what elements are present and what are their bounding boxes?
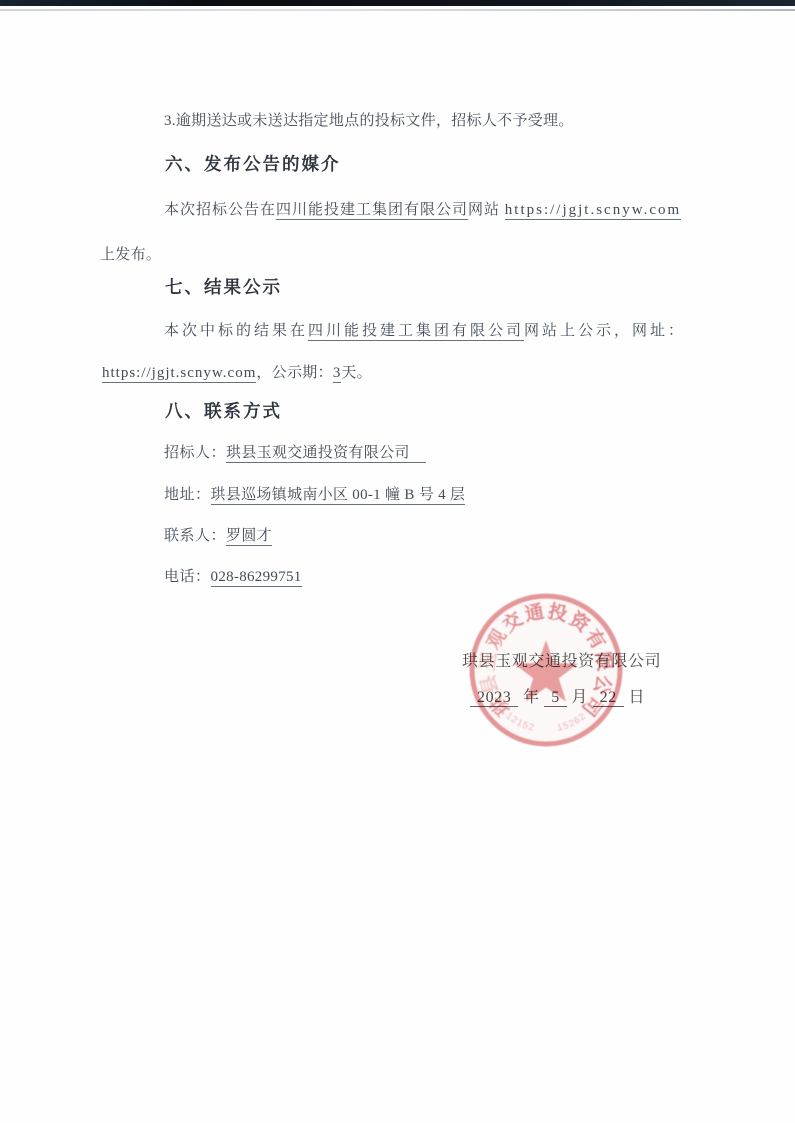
scan-artifact-edge-line [0, 9, 795, 11]
section-heading-contact-info: 八、联系方式 [165, 401, 282, 421]
contact-value-phone: 028-86299751 [211, 569, 302, 587]
section-heading-announcement-media: 六、发布公告的媒介 [165, 154, 341, 174]
paragraph-late-delivery-note: 3.逾期送达或未送达指定地点的投标文件，招标人不予受理。 [164, 111, 574, 131]
section-heading-result-publicity: 七、结果公示 [165, 277, 282, 297]
contact-label-phone: 电话： [164, 569, 211, 585]
seal-ring-char: 限 [591, 650, 616, 672]
company-seal-graphic: 珙县玉观交通投资有限公司1215215262 [451, 575, 641, 765]
contact-row-address: 地址：珙县巡场镇城南小区 00-1 幢 B 号 4 层 [164, 485, 465, 505]
contact-label-bidder: 招标人： [164, 445, 226, 461]
contact-label-contact-person: 联系人： [164, 528, 226, 544]
paragraph-result-website: 本次中标的结果在四川能投建工集团有限公司网站上公示，网址： [164, 321, 686, 341]
paragraph-announcement-website: 本次招标公告在四川能投建工集团有限公司网站 https://jgjt.scnyw… [164, 200, 681, 220]
contact-value-bidder: 珙县玉观交通投资有限公司 [226, 445, 426, 463]
contact-label-address: 地址： [164, 487, 211, 503]
paragraph-announcement-website-cont: 上发布。 [100, 245, 161, 265]
paragraph-result-website-cont: https://jgjt.scnyw.com，公示期：3天。 [102, 363, 372, 383]
seal-ring-char: 玉 [476, 650, 501, 672]
scan-artifact-top-bar [0, 0, 795, 6]
contact-value-address: 珙县巡场镇城南小区 00-1 幢 B 号 4 层 [211, 487, 466, 505]
contact-row-bidder: 招标人：珙县玉观交通投资有限公司 [164, 443, 426, 463]
company-seal-stamp: 珙县玉观交通投资有限公司1215215262 [451, 575, 641, 765]
scanned-document-page: 3.逾期送达或未送达指定地点的投标文件，招标人不予受理。 六、发布公告的媒介 本… [0, 0, 795, 1123]
contact-row-phone: 电话：028-86299751 [164, 567, 302, 587]
contact-value-contact-person: 罗圆才 [226, 528, 272, 546]
contact-row-contact-person: 联系人：罗圆才 [164, 526, 272, 546]
